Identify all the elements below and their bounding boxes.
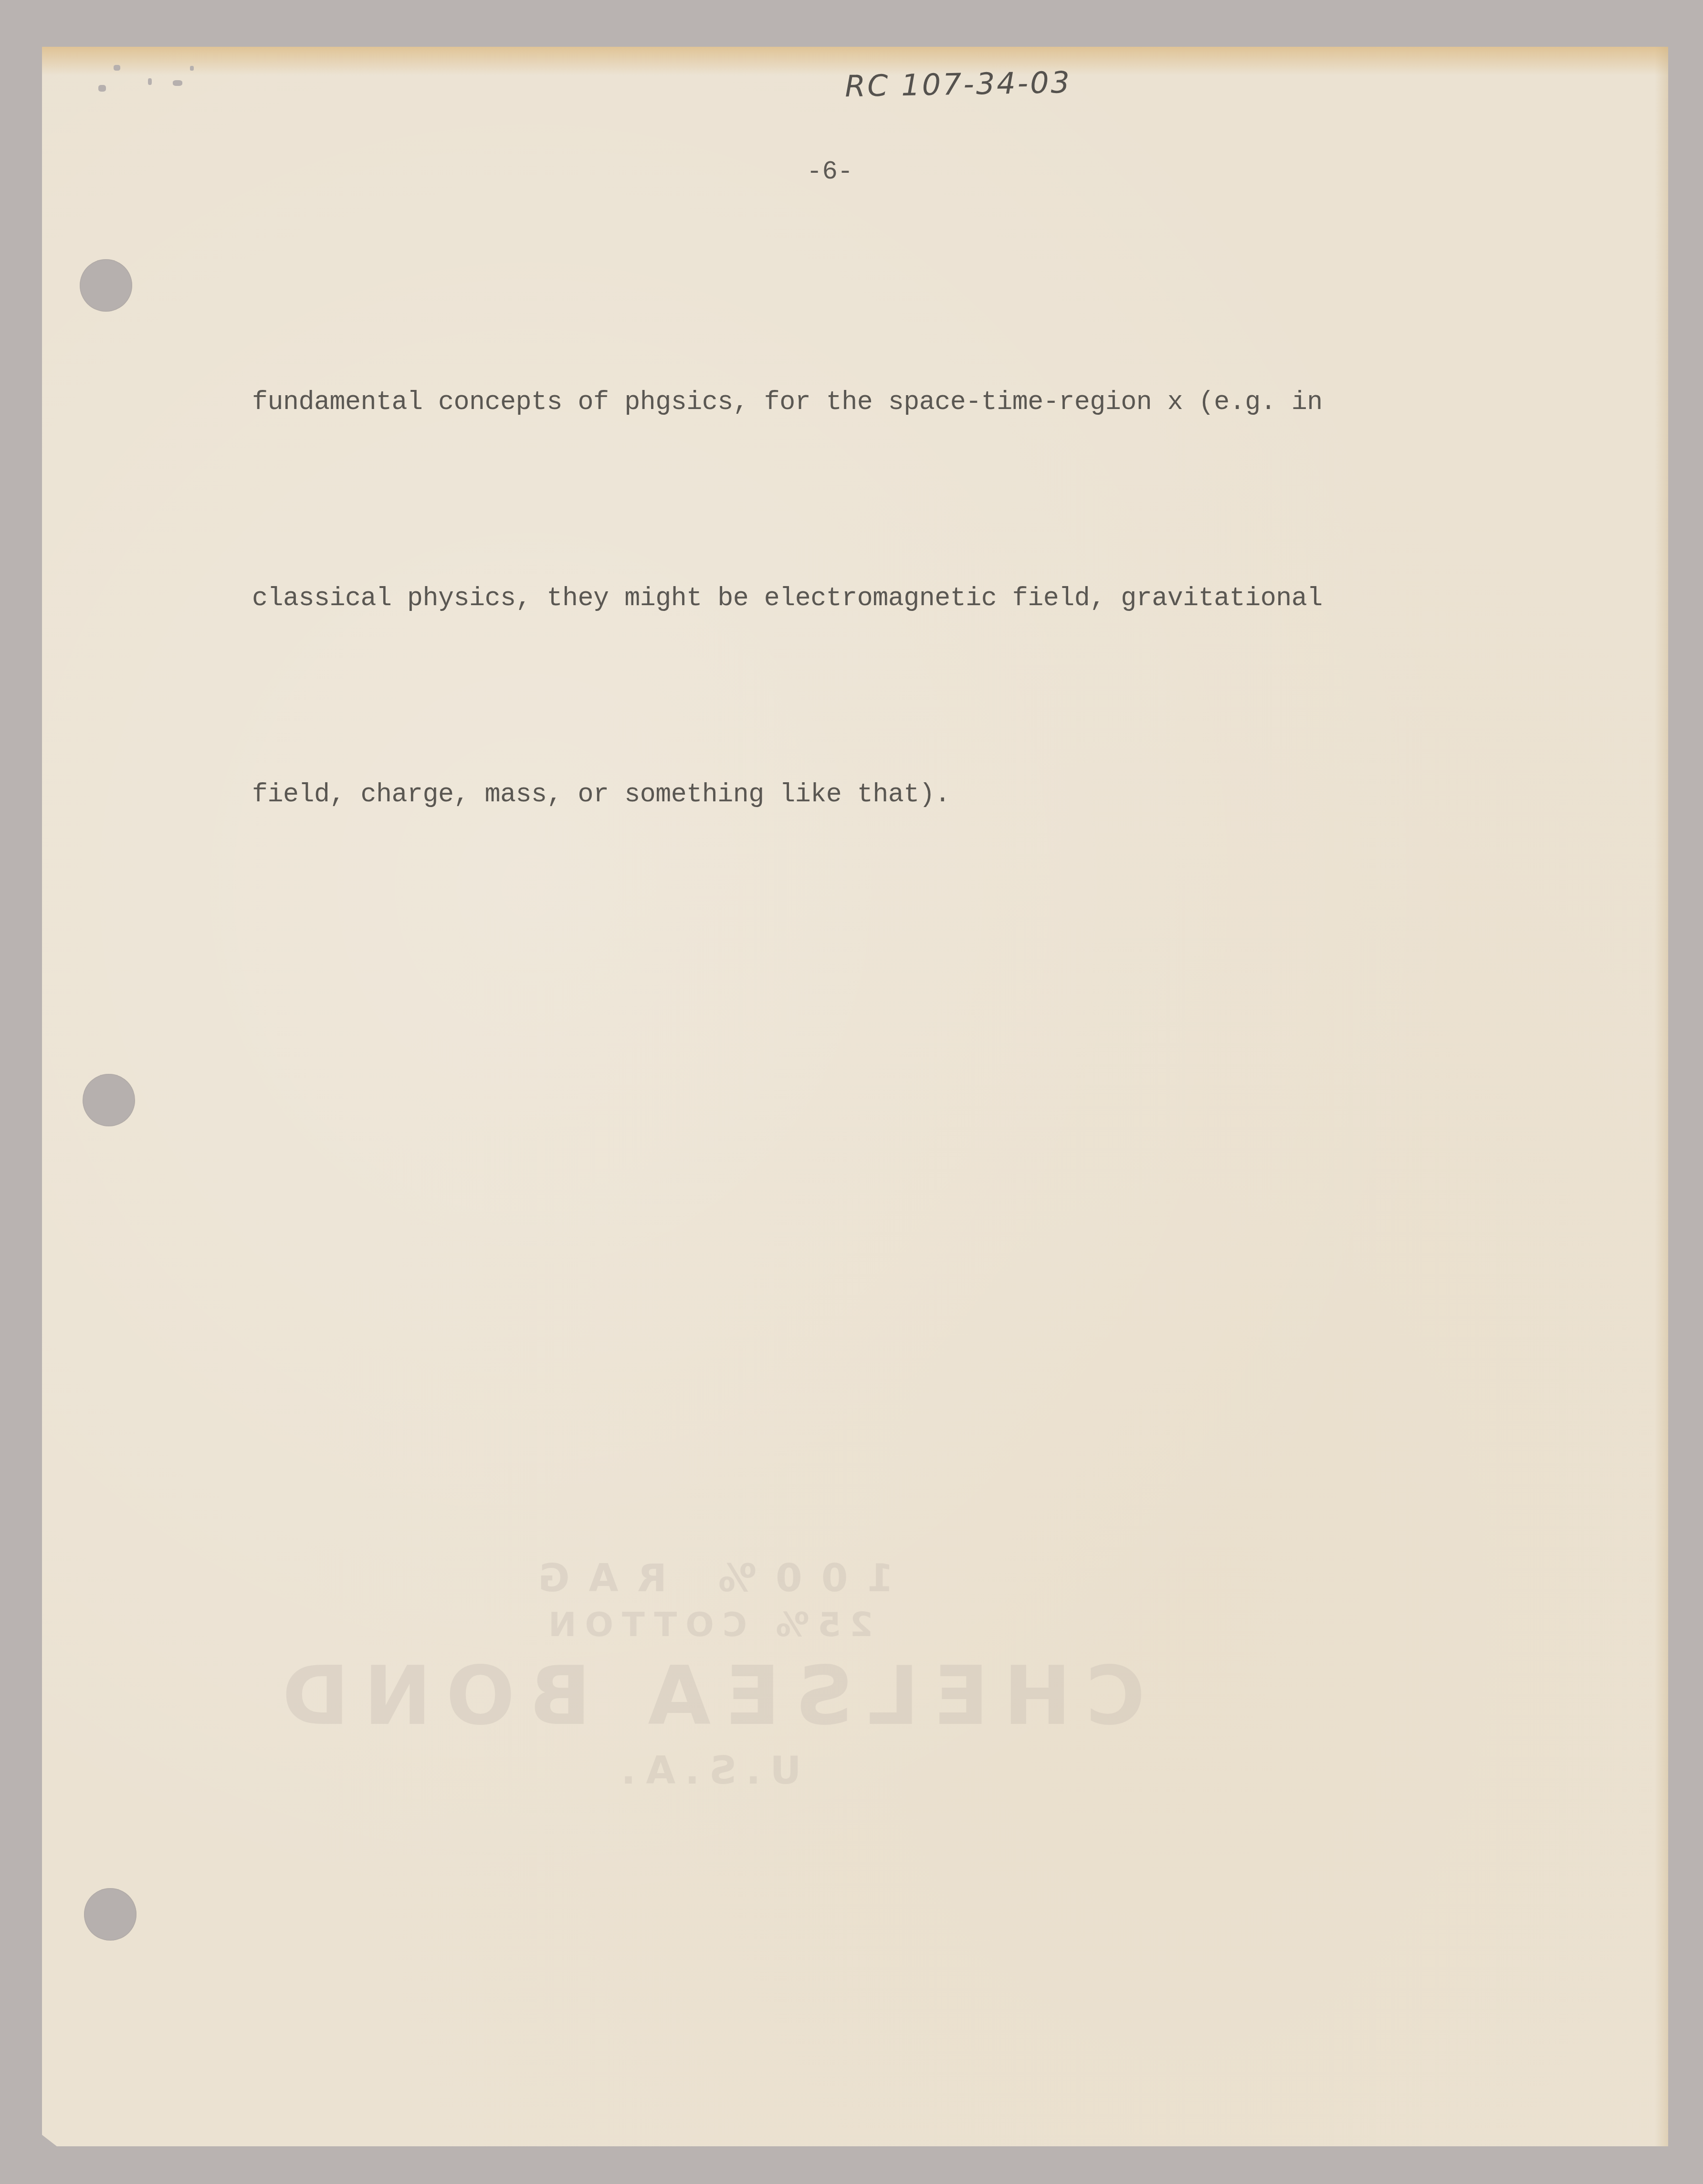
body-line: field, charge, mass, or something like t… — [252, 762, 1323, 827]
handwritten-archive-id: RC 107-34-03 — [844, 65, 1072, 104]
watermark-line: 100% RAG — [229, 1556, 1184, 1600]
punch-hole-middle — [83, 1074, 135, 1126]
body-line: fundamental concepts of phgsics, for the… — [252, 369, 1323, 435]
watermark-show-through: 100% RAG 25% COTTON CHELSEA BOND U.S.A. — [229, 1556, 1184, 1793]
punch-hole-top — [80, 259, 132, 312]
paper-tear-mark — [173, 80, 182, 86]
watermark-line: U.S.A. — [229, 1748, 1184, 1793]
paper-tear-mark — [114, 65, 120, 71]
paper-tear-mark — [148, 78, 152, 85]
watermark-line: 25% COTTON — [229, 1605, 1184, 1644]
watermark-line: CHELSEA BOND — [229, 1649, 1184, 1743]
body-line: classical physics, they might be electro… — [252, 566, 1323, 631]
punch-hole-bottom — [84, 1888, 137, 1941]
page-number: -6- — [807, 157, 853, 187]
body-text: fundamental concepts of phgsics, for the… — [252, 239, 1323, 892]
paper-right-edge — [1655, 47, 1668, 2146]
paper-tear-mark — [98, 85, 106, 92]
paper-tear-mark — [190, 66, 194, 71]
